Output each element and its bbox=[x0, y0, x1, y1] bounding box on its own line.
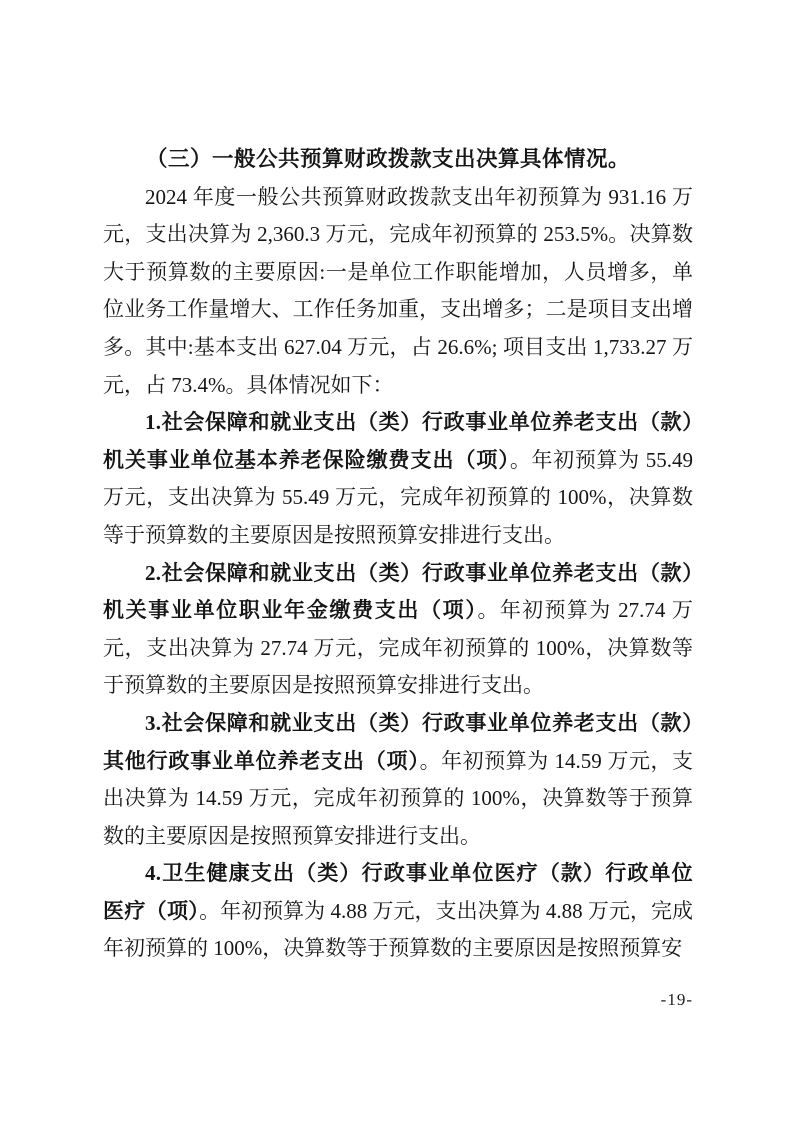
budget-item-paragraph-1: 1.社会保障和就业支出（类）行政事业单位养老支出（款）机关事业单位基本养老保险缴… bbox=[103, 404, 693, 554]
section-heading: （三）一般公共预算财政拨款支出决算具体情况。 bbox=[103, 141, 693, 179]
budget-item-paragraph-2: 2.社会保障和就业支出（类）行政事业单位养老支出（款）机关事业单位职业年金缴费支… bbox=[103, 555, 693, 705]
budget-item-paragraph-3: 3.社会保障和就业支出（类）行政事业单位养老支出（款）其他行政事业单位养老支出（… bbox=[103, 705, 693, 855]
page-number: -19- bbox=[103, 990, 693, 1010]
document-page: （三）一般公共预算财政拨款支出决算具体情况。 2024 年度一般公共预算财政拨款… bbox=[0, 0, 793, 1122]
intro-paragraph: 2024 年度一般公共预算财政拨款支出年初预算为 931.16 万元，支出决算为… bbox=[103, 179, 693, 405]
document-content: （三）一般公共预算财政拨款支出决算具体情况。 2024 年度一般公共预算财政拨款… bbox=[103, 141, 693, 968]
budget-item-paragraph-4: 4.卫生健康支出（类）行政事业单位医疗（款）行政单位医疗（项）。年初预算为 4.… bbox=[103, 855, 693, 968]
